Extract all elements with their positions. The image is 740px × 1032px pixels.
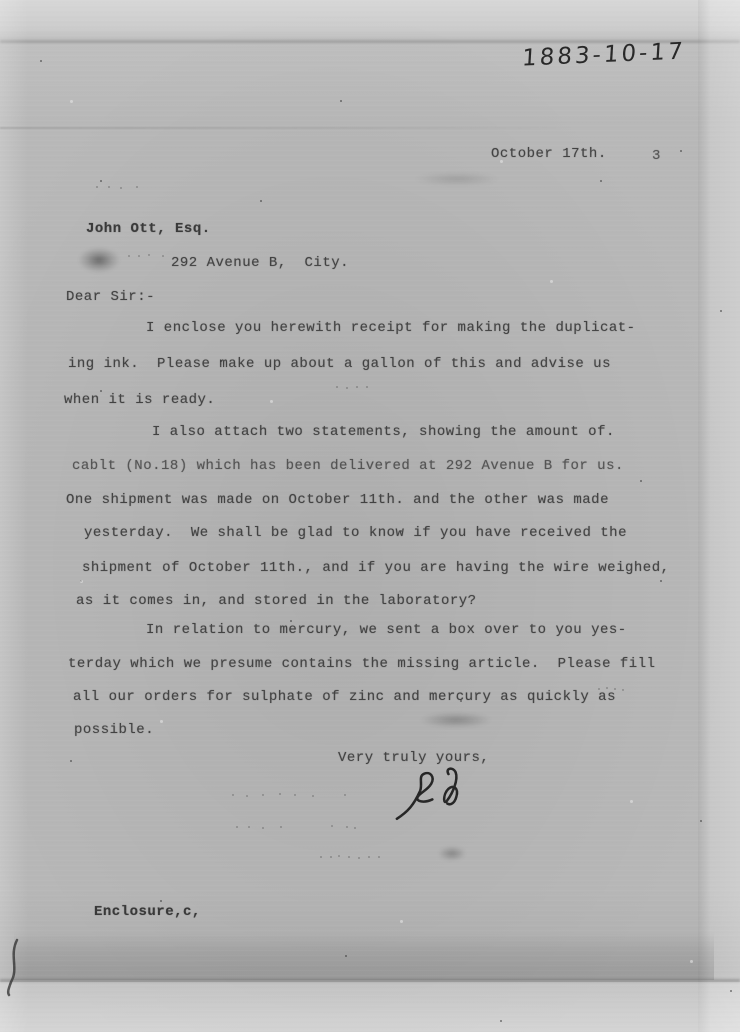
dust-speckles	[40, 60, 42, 62]
ghost-type-marks	[96, 186, 98, 188]
scan-bottom-margin	[0, 982, 740, 1032]
body-line-2: ing ink. Please make up about a gallon o…	[68, 356, 611, 372]
body-line-9: as it comes in, and stored in the labora…	[76, 593, 477, 609]
body-line-6: One shipment was made on October 11th. a…	[66, 492, 609, 508]
ghost-type-marks	[232, 794, 234, 796]
ghost-type-marks	[598, 688, 600, 690]
paper-crease-line	[0, 127, 560, 129]
address-line: 292 Avenue B, City.	[171, 255, 349, 271]
page-bottom-shadow	[14, 932, 714, 980]
enclosure-line: Enclosure,c,	[94, 904, 201, 920]
recipient-line: John Ott, Esq.	[86, 221, 211, 237]
page-bottom-edge	[0, 979, 740, 982]
typed-date: October 17th.	[491, 146, 607, 162]
body-line-13: possible.	[74, 722, 154, 738]
ghost-type-marks	[128, 255, 130, 257]
ghost-type-marks	[320, 856, 322, 858]
ghost-type-marks	[236, 826, 238, 828]
scanned-letter-page: 1883-10-17 October 17th. 3 John Ott, Esq…	[0, 0, 740, 1032]
scan-right-margin	[698, 0, 740, 1032]
body-line-8: shipment of October 11th., and if you ar…	[82, 560, 670, 576]
body-line-1: I enclose you herewith receipt for makin…	[146, 320, 636, 336]
body-line-5: cablt (No.18) which has been delivered a…	[72, 458, 624, 474]
body-line-7: yesterday. We shall be glad to know if y…	[84, 525, 627, 541]
ink-smudge	[78, 247, 120, 273]
body-line-11: terday which we presume contains the mis…	[68, 656, 656, 672]
handwritten-date-annotation: 1883-10-17	[521, 38, 686, 71]
faint-smudge	[438, 846, 466, 861]
scan-top-margin	[0, 0, 740, 40]
body-line-3: when it is ready.	[64, 392, 215, 408]
signature-scrawl	[390, 763, 478, 823]
page-number: 3	[652, 148, 661, 164]
salutation-line: Dear Sir:-	[66, 289, 155, 305]
white-speckles	[70, 100, 73, 103]
faint-smudge	[415, 172, 499, 186]
scan-left-margin	[0, 0, 28, 1032]
corner-crease-mark	[3, 938, 25, 998]
ghost-type-marks	[336, 386, 338, 388]
body-line-12: all our orders for sulphate of zinc and …	[73, 689, 616, 705]
body-line-10: In relation to mercury, we sent a box ov…	[146, 622, 627, 638]
body-line-4: I also attach two statements, showing th…	[152, 424, 615, 440]
faint-smudge	[420, 712, 492, 728]
